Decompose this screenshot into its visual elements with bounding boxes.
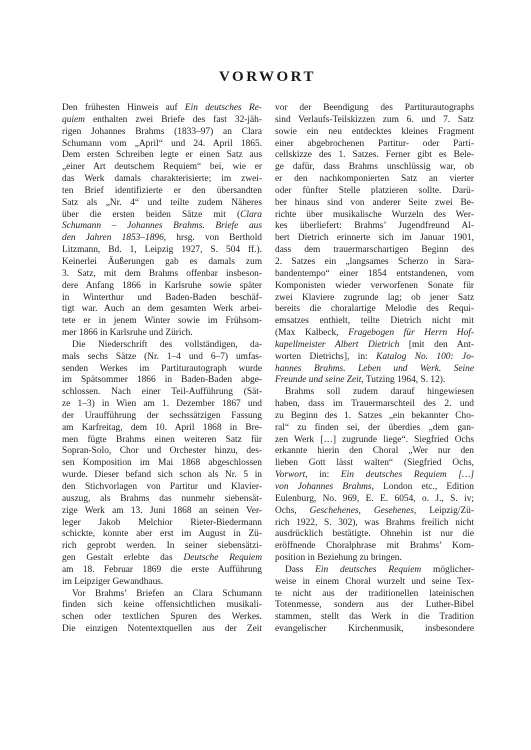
text-run: bereits die choralartige Melodie des Req… [275,304,474,314]
text-line: Brahms soll zudem darauf hingewiesen [275,387,474,399]
italic-text-run: hannes Brahms. Leben und Werk. Seine [275,364,474,374]
text-run: bandentempo“ einer 1854 entstandenen, vo… [275,269,474,279]
text-run: Eulenburg, No. 969, E. E. 6054, o. J., S… [275,494,474,504]
text-line: hannes Brahms. Leben und Werk. Seine [275,364,474,376]
text-line: ber hinaus sind von anderer Seite zwei B… [275,198,474,210]
text-run: Litzmann, Bd. 1, Leipzig 1927, S. 504 ff… [62,245,262,255]
text-run: , London etc., Edition [372,482,474,492]
text-line: ausdrücklich bestätigte. Ohnehin ist nur… [275,529,474,541]
text-run: Brahms soll zudem darauf hingewiesen [285,387,474,397]
text-run: Schumann vom „April“ und 24. April 1865. [62,139,262,149]
text-line: richte über musikalische Wurzeln des Wer… [275,210,474,222]
text-run: zen Werk […] zugrunde liege“. Siegfried … [275,435,474,445]
text-line: haben, dass im Trauermarschteil des 2. u… [275,399,474,411]
text-run: rigen Johannes Brahms (1833–97) an Clara [62,127,262,137]
text-columns: Den frühesten Hinweis auf Ein deutsches … [62,103,474,636]
text-run: sind Verlaufs-Teilskizzen zum 6. und 7. … [275,115,474,125]
italic-text-run: von Johannes Brahms [275,482,372,492]
text-run: ral“ zu finden sei, der überdies „dem ga… [275,423,474,433]
text-run: zwei Klaviere zugrunde lag; ob jener Sat… [275,293,474,303]
text-line: Schumann vom „April“ und 24. April 1865. [62,139,262,151]
text-run: dere Anfang 1866 in Karlsruhe sowie spät… [62,281,262,291]
text-run: ze 1–3) in Wien am 1. Dezember 1867 und [62,399,262,409]
text-run: oder fünfter Stelle platzieren sollte. D… [275,186,474,196]
text-line: zu Beginn des 1. Satzes „ein bekannter C… [275,411,474,423]
text-run: der Uraufführung der sechssätzigen Fassu… [62,411,262,421]
text-line: tete er in jenem Winter sowie im Frühsom… [62,316,262,328]
text-line: Sopran-Solo, Chor und Orchester hinzu, d… [62,446,262,458]
text-run: bert Dietrich erinnerte sich im Januar 1… [275,233,474,243]
text-run: Die Niederschrift des vollständigen, da- [72,340,262,350]
text-run: mals sechs Sätze (Nr. 1–4 und 6–7) umfas… [62,352,262,362]
text-run: Totenmesse, sondern aus der Luther-Bibel [275,600,474,610]
italic-text-run: Katalog No. 100: Jo- [376,352,474,362]
text-line: Totenmesse, sondern aus der Luther-Bibel [275,600,474,612]
text-run: schen oder textlichen Spuren des Werkes. [62,612,262,622]
text-line: Keinerlei Äußerungen gab es damals zum [62,257,262,269]
italic-text-run: Freunde und seine Zeit [275,375,361,385]
text-run: rich geprobt werden. In seiner siebensät… [62,541,262,551]
text-run: cellskizze des 1. Satzes. Ferner gibt es… [275,150,474,160]
text-run: men fügte Brahms einen weiteren Satz für [62,435,262,445]
text-run: sowie ein neu entdecktes kleines Fragmen… [275,127,474,137]
text-run: er den nachkomponierten Satz an vierter [275,174,474,184]
text-line: rich geprobt werden. In seiner siebensät… [62,541,262,553]
text-run: kes überliefert: Brahms’ Jugendfreund Al… [275,221,474,231]
text-line: zen Werk […] zugrunde liege“. Siegfried … [275,435,474,447]
italic-text-run: quiem [62,115,85,125]
text-run: , Tutzing 1964, S. 12). [361,375,445,385]
text-run: am 18. Februar 1869 die erste Aufführung [62,565,262,575]
text-line: von Johannes Brahms, London etc., Editio… [275,482,474,494]
text-run: rich 1922, S. 302), was Brahms freilich … [275,518,474,528]
text-run: evangelischer Kirchenmusik, insbesondere [275,624,474,634]
text-run: [mit den Ant- [399,340,474,350]
text-line: im Leipziger Gewandhaus. [62,577,262,589]
text-run: Die einzigen Notentextquellen aus der Ze… [62,624,262,634]
text-run: eröffnende Choralphrase mit Brahms’ Kom- [275,541,474,551]
text-run: einer abgebrochenen Partitur- oder Parti… [275,139,474,149]
text-line: eröffnende Choralphrase mit Brahms’ Kom- [275,541,474,553]
text-line: evangelischer Kirchenmusik, insbesondere [275,624,474,636]
text-line: am Karfreitag, dem 10. April 1868 in Bre… [62,423,262,435]
text-run: emsatzes enthielt, teilte Dietrich nicht… [275,316,474,326]
text-run: ber hinaus sind von anderer Seite zwei B… [275,198,474,208]
text-line: einer abgebrochenen Partitur- oder Parti… [275,139,474,151]
text-line: schlossen. Nach einer Teil-Aufführung (S… [62,387,262,399]
text-line: Die einzigen Notentextquellen aus der Ze… [62,624,262,636]
text-line: (Max Kalbeck, Fragebogen für Herrn Hof- [275,328,474,340]
text-line: in Winterthur und Baden-Baden beschäf- [62,293,262,305]
text-run: haben, dass im Trauermarschteil des 2. u… [275,399,474,409]
text-run: leger Jakob Melchior Rieter-Biedermann [62,518,262,528]
text-line: auszug, als Brahms das nunmehr siebensät… [62,494,262,506]
text-run: möglicher- [421,565,474,575]
text-run: zige Werk am 13. Juni 1868 an seinen Ver… [62,506,262,516]
text-line: tigt war. Auch an dem gesamten Werk arbe… [62,304,262,316]
document-page: VORWORT Den frühesten Hinweis auf Ein de… [0,0,531,750]
text-line: gen Gestalt erlebte das Deutsche Requiem [62,553,262,565]
text-line: ze 1–3) in Wien am 1. Dezember 1867 und [62,399,262,411]
text-line: emsatzes enthielt, teilte Dietrich nicht… [275,316,474,328]
text-run: Sopran-Solo, Chor und Orchester hinzu, d… [62,446,262,456]
text-run: , hrsg. von Berthold [164,233,262,243]
text-run: Komponisten wieder verworfenen Sonate fü… [275,281,474,291]
text-run: dass dem trauermarschartigen Beginn des [275,245,474,255]
text-line: bandentempo“ einer 1854 entstandenen, vo… [275,269,474,281]
text-line: kes überliefert: Brahms’ Jugendfreund Al… [275,221,474,233]
text-line: den Jahren 1853–1896, hrsg. von Berthold [62,233,262,245]
text-line: Vorwort, in: Ein deutsches Requiem […] [275,470,474,482]
text-line: Komponisten wieder verworfenen Sonate fü… [275,281,474,293]
text-line: dass dem trauermarschartigen Beginn des [275,245,474,257]
text-line: zige Werk am 13. Juni 1868 an seinen Ver… [62,506,262,518]
text-run: Den frühesten Hinweis auf [62,103,185,113]
text-line: Freunde und seine Zeit, Tutzing 1964, S.… [275,375,474,387]
text-line: dere Anfang 1866 in Karlsruhe sowie spät… [62,281,262,293]
text-run: ten Brief identifizierte er den übersand… [62,186,262,196]
text-run: schickte, konnte aber erst im August in … [62,529,262,539]
text-run: enthalten zwei Briefe des fast 32-jäh- [85,115,262,125]
text-run: über die ersten beiden Sätze mit ( [62,210,240,220]
text-run: te nicht aus der traditionellen lateinis… [275,589,474,599]
text-line: men fügte Brahms einen weiteren Satz für [62,435,262,447]
text-run: richte über musikalische Wurzeln des Wer… [275,210,474,220]
text-line: Dem ersten Schreiben legte er einen Satz… [62,150,262,162]
text-run: (Max Kalbeck, [275,328,348,338]
text-line: cellskizze des 1. Satzes. Ferner gibt es… [275,150,474,162]
italic-text-run: Vorwort [275,470,305,480]
text-run: Satz als „Nr. 4“ und teilte zudem Nähere… [62,198,262,208]
text-line: Vor Brahms’ Briefen an Clara Schumann [62,589,262,601]
text-run: weise in einem Choral wurzelt und seine … [275,577,474,587]
text-line: er den nachkomponierten Satz an vierter [275,174,474,186]
text-run: senden Werkes im Partiturautograph wurde [62,364,262,374]
text-run: , in: [305,470,341,480]
text-line: sind Verlaufs-Teilskizzen zum 6. und 7. … [275,115,474,127]
text-line: leger Jakob Melchior Rieter-Biedermann [62,518,262,530]
text-run: tigt war. Auch an dem gesamten Werk arbe… [62,304,262,314]
text-run: position in Beziehung zu bringen. [275,553,402,563]
text-line: schen oder textlichen Spuren des Werkes. [62,612,262,624]
text-line: ge dafür, dass Brahms unschlüssig war, o… [275,162,474,174]
text-run: Vor Brahms’ Briefen an Clara Schumann [72,589,262,599]
text-line: bert Dietrich erinnerte sich im Januar 1… [275,233,474,245]
text-line: bereits die choralartige Melodie des Req… [275,304,474,316]
text-run: Ochs, [275,506,310,516]
text-line: 3. Satz, mit dem Brahms offenbar insbeso… [62,269,262,281]
text-run: „einer Art deutschem Requiem“ bei, wie e… [62,162,262,172]
text-run: Keinerlei Äußerungen gab es damals zum [62,257,262,267]
text-line: sowie ein neu entdecktes kleines Fragmen… [275,127,474,139]
text-line: den Stichvorlagen von Partitur und Klavi… [62,482,262,494]
text-run: sen Komposition im Mai 1868 abgeschlosse… [62,458,262,468]
text-run: Dass [285,565,315,575]
italic-text-run: Ein deutsches Requiem [315,565,421,575]
italic-text-run: Schumann – Johannes Brahms. Briefe aus [62,221,262,231]
italic-text-run: Ein deutsches Re- [185,103,262,113]
italic-text-run: Ein deutsches Requiem […] [341,470,474,480]
text-line: weise in einem Choral wurzelt und seine … [275,577,474,589]
text-run: am Karfreitag, dem 10. April 1868 in Bre… [62,423,262,433]
text-line: erkannte hierin den Choral „Wer nur den [275,446,474,458]
text-run: stammen, stellt das Werk in die Traditio… [275,612,474,622]
text-run: , Leipzig/Zü- [414,506,474,516]
text-line: wurde. Dieser befand sich schon als Nr. … [62,470,262,482]
text-run: auszug, als Brahms das nunmehr siebensät… [62,494,262,504]
text-line: senden Werkes im Partiturautograph wurde [62,364,262,376]
text-run: gen Gestalt erlebte das [62,553,183,563]
text-line: mals sechs Sätze (Nr. 1–4 und 6–7) umfas… [62,352,262,364]
left-column: Den frühesten Hinweis auf Ein deutsches … [62,103,262,636]
text-line: lieben Gott lässt walten“ (Siegfried Och… [275,458,474,470]
text-line: vor der Beendigung des Partiturautograph… [275,103,474,115]
italic-text-run: kapellmeister Albert Dietrich [275,340,399,350]
text-run: lieben Gott lässt walten“ (Siegfried Och… [275,458,474,468]
text-run: vor der Beendigung des Partiturautograph… [275,103,474,113]
text-run: mer 1866 in Karlsruhe und Zürich. [62,328,193,338]
text-line: Ochs, Geschehenes, Gesehenes, Leipzig/Zü… [275,506,474,518]
italic-text-run: Geschehenes, Gesehenes [310,506,414,516]
text-line: das Werk damals charakterisierte; im zwe… [62,174,262,186]
text-line: position in Beziehung zu bringen. [275,553,474,565]
text-line: finden sich keine offensichtlichen musik… [62,600,262,612]
page-title: VORWORT [62,69,473,86]
text-line: mer 1866 in Karlsruhe und Zürich. [62,328,262,340]
text-run: zu Beginn des 1. Satzes „ein bekannter C… [275,411,474,421]
text-run: 2. Satzes ein „langsames Scherzo in Sara… [275,257,474,267]
text-run: im Spätsommer 1866 in Baden-Baden abge- [62,375,262,385]
text-line: Litzmann, Bd. 1, Leipzig 1927, S. 504 ff… [62,245,262,257]
text-line: Satz als „Nr. 4“ und teilte zudem Nähere… [62,198,262,210]
text-line: ral“ zu finden sei, der überdies „dem ga… [275,423,474,435]
text-run: im Leipziger Gewandhaus. [62,577,163,587]
text-run: wurde. Dieser befand sich schon als Nr. … [62,470,262,480]
text-run: 3. Satz, mit dem Brahms offenbar insbeso… [62,269,262,279]
text-line: Dass Ein deutsches Requiem möglicher- [275,565,474,577]
text-run: ausdrücklich bestätigte. Ohnehin ist nur… [275,529,474,539]
text-run: das Werk damals charakterisierte; im zwe… [62,174,262,184]
text-run: schlossen. Nach einer Teil-Aufführung (S… [62,387,262,397]
text-line: te nicht aus der traditionellen lateinis… [275,589,474,601]
text-run: den Stichvorlagen von Partitur und Klavi… [62,482,262,492]
text-line: sen Komposition im Mai 1868 abgeschlosse… [62,458,262,470]
text-run: erkannte hierin den Choral „Wer nur den [275,446,474,456]
text-line: ten Brief identifizierte er den übersand… [62,186,262,198]
text-run: in Winterthur und Baden-Baden beschäf- [62,293,262,303]
text-line: stammen, stellt das Werk in die Traditio… [275,612,474,624]
text-run: finden sich keine offensichtlichen musik… [62,600,262,610]
text-run: worten Dietrichs], in: [275,352,376,362]
right-column: vor der Beendigung des Partiturautograph… [275,103,474,636]
text-line: 2. Satzes ein „langsames Scherzo in Sara… [275,257,474,269]
italic-text-run: Deutsche Requiem [183,553,262,563]
text-run: tete er in jenem Winter sowie im Frühsom… [62,316,262,326]
text-line: oder fünfter Stelle platzieren sollte. D… [275,186,474,198]
text-line: Den frühesten Hinweis auf Ein deutsches … [62,103,262,115]
text-line: schickte, konnte aber erst im August in … [62,529,262,541]
text-line: am 18. Februar 1869 die erste Aufführung [62,565,262,577]
text-line: quiem enthalten zwei Briefe des fast 32-… [62,115,262,127]
text-line: der Uraufführung der sechssätzigen Fassu… [62,411,262,423]
text-run: Dem ersten Schreiben legte er einen Satz… [62,150,262,160]
text-line: „einer Art deutschem Requiem“ bei, wie e… [62,162,262,174]
text-line: kapellmeister Albert Dietrich [mit den A… [275,340,474,352]
text-line: zwei Klaviere zugrunde lag; ob jener Sat… [275,293,474,305]
text-line: Schumann – Johannes Brahms. Briefe aus [62,221,262,233]
text-line: rigen Johannes Brahms (1833–97) an Clara [62,127,262,139]
text-line: worten Dietrichs], in: Katalog No. 100: … [275,352,474,364]
italic-text-run: Clara [240,210,262,220]
text-line: rich 1922, S. 302), was Brahms freilich … [275,518,474,530]
italic-text-run: den Jahren 1853–1896 [62,233,164,243]
text-line: Die Niederschrift des vollständigen, da- [62,340,262,352]
text-line: im Spätsommer 1866 in Baden-Baden abge- [62,375,262,387]
text-line: Eulenburg, No. 969, E. E. 6054, o. J., S… [275,494,474,506]
italic-text-run: Fragebogen für Herrn Hof- [348,328,474,338]
text-run: ge dafür, dass Brahms unschlüssig war, o… [275,162,474,172]
text-line: über die ersten beiden Sätze mit (Clara [62,210,262,222]
